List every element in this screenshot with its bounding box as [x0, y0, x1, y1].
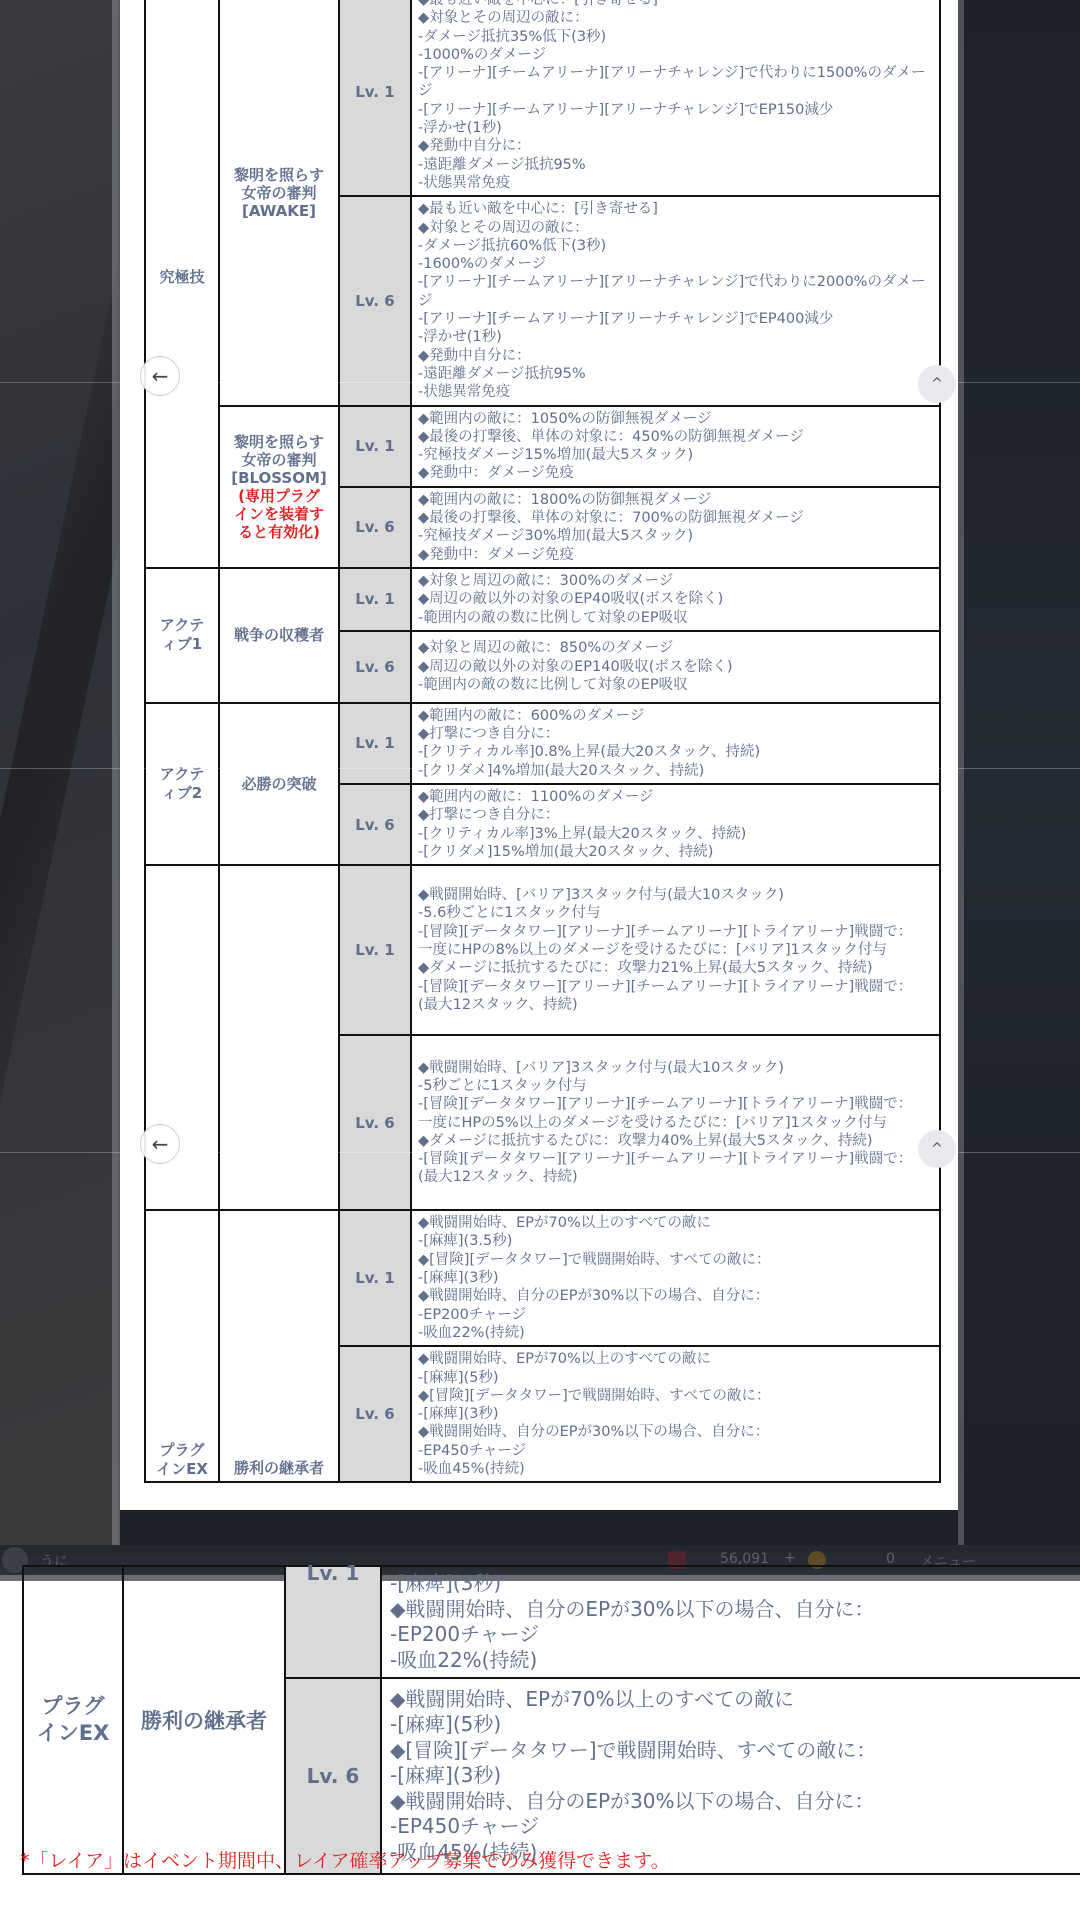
- skill-name-cell: 戦争の収穫者: [219, 568, 339, 703]
- zoomed-table-view: プラグインEX 勝利の継承者 Lv. 1 -[麻痺](3秒)◆戦闘開始時、自分の…: [0, 1581, 1080, 1920]
- skill-description: ◆範囲内の敵に：1800%の防御無視ダメージ◆最後の打撃後、単体の対象に：700…: [411, 487, 940, 568]
- level-cell: Lv. 6: [339, 784, 411, 865]
- description-line: -[冒険][データタワー][アリーナ][チームアリーナ][トライアリーナ]戦闘で…: [418, 978, 933, 996]
- skill-description: ◆戦闘開始時、EPが70%以上のすべての敵に-[麻痺](5秒)◆[冒険][データ…: [381, 1678, 1080, 1874]
- skill-description: ◆対象と周辺の敵に：300%のダメージ◆周辺の敵以外の対象のEP40吸収(ボスを…: [411, 568, 940, 631]
- description-line: ◆対象と周辺の敵に：300%のダメージ: [418, 572, 933, 590]
- scroll-top-button[interactable]: ^: [918, 365, 956, 403]
- description-line: ◆ダメージに抵抗するたびに：攻撃力40%上昇(最大5スタック、持続): [418, 1132, 933, 1150]
- description-line: (最大12スタック、持続): [418, 996, 933, 1014]
- skill-name-cell: 必勝の突破: [219, 703, 339, 865]
- description-line: -遠距離ダメージ抵抗95%: [418, 365, 933, 383]
- description-line: -[アリーナ][チームアリーナ][アリーナチャレンジ]で代わりに1500%のダメ…: [418, 64, 933, 101]
- description-line: ◆ダメージに抵抗するたびに：攻撃力21%上昇(最大5スタック、持続): [418, 959, 933, 977]
- description-line: -[クリティカル率]3%上昇(最大20スタック、持続): [418, 825, 933, 843]
- skill-detail-panel[interactable]: 究極技黎明を照らす女帝の審判[AWAKE]Lv. 1◆最も近い敵を中心に：[引き…: [120, 0, 958, 1510]
- description-line: -1600%のダメージ: [418, 255, 933, 273]
- description-line: ◆打撃につき自分に：: [418, 806, 933, 824]
- description-line: -EP450チャージ: [418, 1442, 933, 1460]
- background-divider: [112, 0, 120, 1545]
- description-line: ◆対象とその周辺の敵に：: [418, 9, 933, 27]
- description-line: -ダメージ抵抗35%低下(3秒): [418, 28, 933, 46]
- back-button[interactable]: ←: [140, 356, 180, 396]
- description-line: -[アリーナ][チームアリーナ][アリーナチャレンジ]で代わりに2000%のダメ…: [418, 273, 933, 310]
- skill-type-cell: プラグインEX: [145, 1210, 219, 1482]
- description-line: -遠距離ダメージ抵抗95%: [418, 156, 933, 174]
- chevron-up-icon: ^: [931, 1141, 943, 1157]
- description-line: ◆周辺の敵以外の対象のEP140吸収(ボスを除く): [418, 658, 933, 676]
- description-line: -[麻痺](3.5秒): [418, 1232, 933, 1250]
- table-row: プラグインEX勝利の継承者Lv. 1◆戦闘開始時、EPが70%以上のすべての敵に…: [145, 1210, 940, 1346]
- description-line: ◆戦闘開始時、自分のEPが30%以下の場合、自分に：: [418, 1423, 933, 1441]
- skill-name-cell: [219, 865, 339, 1210]
- description-line: ◆最も近い敵を中心に：[引き寄せる]: [418, 200, 933, 218]
- skill-description: ◆戦闘開始時、EPが70%以上のすべての敵に-[麻痺](5秒)◆[冒険][データ…: [411, 1346, 940, 1482]
- description-line: -[麻痺](3秒): [390, 1571, 1072, 1597]
- level-cell: Lv. 1: [339, 0, 411, 196]
- description-line: -1000%のダメージ: [418, 46, 933, 64]
- description-line: -EP200チャージ: [418, 1306, 933, 1324]
- skill-description: ◆戦闘開始時、[バリア]3スタック付与(最大10スタック)-5.6秒ごとに1スタ…: [411, 865, 940, 1035]
- description-line: ◆範囲内の敵に：1050%の防御無視ダメージ: [418, 410, 933, 428]
- skill-description: ◆範囲内の敵に：600%のダメージ◆打撃につき自分に：-[クリティカル率]0.8…: [411, 703, 940, 784]
- skill-type-cell: アクティブ1: [145, 568, 219, 703]
- description-line: ◆最も近い敵を中心に：[引き寄せる]: [418, 0, 933, 9]
- level-cell: Lv. 6: [339, 631, 411, 703]
- description-line: ◆発動中自分に：: [418, 137, 933, 155]
- description-line: (最大12スタック、持続): [418, 1168, 933, 1186]
- description-line: -[麻痺](5秒): [390, 1712, 1072, 1738]
- add-gem-button[interactable]: +: [784, 1550, 796, 1566]
- description-line: ◆範囲内の敵に：1100%のダメージ: [418, 788, 933, 806]
- description-line: ◆戦闘開始時、自分のEPが30%以下の場合、自分に：: [390, 1789, 1072, 1815]
- screenshot-seam: [0, 768, 1080, 769]
- description-line: ◆発動中自分に：: [418, 347, 933, 365]
- level-cell: Lv. 6: [339, 1035, 411, 1210]
- description-line: -範囲内の敵の数に比例して対象のEP吸収: [418, 676, 933, 694]
- skill-description: -[麻痺](3秒)◆戦闘開始時、自分のEPが30%以下の場合、自分に：-EP20…: [381, 1566, 1080, 1678]
- description-line: ◆戦闘開始時、自分のEPが30%以下の場合、自分に：: [390, 1597, 1072, 1623]
- description-line: -吸血45%(持続): [418, 1460, 933, 1478]
- description-line: ◆[冒険][データタワー]で戦闘開始時、すべての敵に：: [390, 1738, 1072, 1764]
- description-line: -浮かせ(1秒): [418, 328, 933, 346]
- skill-name: 勝利の継承者: [141, 1709, 267, 1733]
- description-line: 一度にHPの5%以上のダメージを受けるたびに：[バリア]1スタック付与: [418, 1114, 933, 1132]
- skill-table: 究極技黎明を照らす女帝の審判[AWAKE]Lv. 1◆最も近い敵を中心に：[引き…: [144, 0, 941, 1483]
- level-cell: Lv. 6: [339, 487, 411, 568]
- skill-type-cell: プラグインEX: [23, 1566, 123, 1874]
- description-line: ◆戦闘開始時、自分のEPが30%以下の場合、自分に：: [418, 1287, 933, 1305]
- level-cell: Lv. 6: [339, 1346, 411, 1482]
- description-line: -究極技ダメージ15%増加(最大5スタック): [418, 446, 933, 464]
- description-line: -[麻痺](5秒): [418, 1369, 933, 1387]
- description-line: ◆戦闘開始時、[バリア]3スタック付与(最大10スタック): [418, 1059, 933, 1077]
- description-line: ◆最後の打撃後、単体の対象に：700%の防御無視ダメージ: [418, 509, 933, 527]
- skill-description: ◆対象と周辺の敵に：850%のダメージ◆周辺の敵以外の対象のEP140吸収(ボス…: [411, 631, 940, 703]
- description-line: -究極技ダメージ30%増加(最大5スタック): [418, 527, 933, 545]
- description-line: ◆最後の打撃後、単体の対象に：450%の防御無視ダメージ: [418, 428, 933, 446]
- plugin-ex-table: プラグインEX 勝利の継承者 Lv. 1 -[麻痺](3秒)◆戦闘開始時、自分の…: [22, 1565, 1080, 1875]
- skill-description: ◆戦闘開始時、EPが70%以上のすべての敵に-[麻痺](3.5秒)◆[冒険][デ…: [411, 1210, 940, 1346]
- skill-type-cell: 究極技: [145, 0, 219, 568]
- description-line: ◆対象とその周辺の敵に：: [418, 219, 933, 237]
- skill-name-cell: 黎明を照らす女帝の審判[AWAKE]: [219, 0, 339, 406]
- description-line: ◆範囲内の敵に：600%のダメージ: [418, 707, 933, 725]
- chevron-up-icon: ^: [931, 376, 943, 392]
- description-line: ◆[冒険][データタワー]で戦闘開始時、すべての敵に：: [418, 1387, 933, 1405]
- level-cell: Lv. 6: [285, 1678, 381, 1874]
- back-arrow-icon: ←: [152, 1132, 169, 1156]
- description-line: ◆[冒険][データタワー]で戦闘開始時、すべての敵に：: [418, 1251, 933, 1269]
- table-row: 黎明を照らす女帝の審判[BLOSSOM](専用プラグインを装着すると有効化)Lv…: [145, 406, 940, 487]
- description-line: ◆範囲内の敵に：1800%の防御無視ダメージ: [418, 491, 933, 509]
- description-line: -[冒険][データタワー][アリーナ][チームアリーナ][トライアリーナ]戦闘で…: [418, 1095, 933, 1113]
- description-line: -[冒険][データタワー][アリーナ][チームアリーナ][トライアリーナ]戦闘で…: [418, 923, 933, 941]
- description-line: -[アリーナ][チームアリーナ][アリーナチャレンジ]でEP150減少: [418, 101, 933, 119]
- skill-type-cell: アクティブ2: [145, 703, 219, 865]
- description-line: -吸血22%(持続): [390, 1648, 1072, 1674]
- scroll-top-button[interactable]: ^: [918, 1130, 956, 1168]
- description-line: -EP450チャージ: [390, 1814, 1072, 1840]
- skill-name-cell: 勝利の継承者: [219, 1210, 339, 1482]
- description-line: -5.6秒ごとに1スタック付与: [418, 904, 933, 922]
- description-line: ◆打撃につき自分に：: [418, 725, 933, 743]
- description-line: -EP200チャージ: [390, 1622, 1072, 1648]
- level-cell: Lv. 1: [339, 865, 411, 1035]
- level-cell: Lv. 1: [339, 703, 411, 784]
- skill-name-cell: 黎明を照らす女帝の審判[BLOSSOM](専用プラグインを装着すると有効化): [219, 406, 339, 568]
- description-line: -[クリダメ]15%増加(最大20スタック、持続): [418, 843, 933, 861]
- level-cell: Lv. 1: [339, 406, 411, 487]
- level-label: Lv. 6: [307, 1764, 360, 1788]
- description-line: ◆発動中：ダメージ免疫: [418, 546, 933, 564]
- description-line: ◆戦闘開始時、[バリア]3スタック付与(最大10スタック): [418, 886, 933, 904]
- background-game-left: [0, 0, 118, 1545]
- description-line: -[クリダメ]4%増加(最大20スタック、持続): [418, 762, 933, 780]
- level-cell: Lv. 6: [339, 196, 411, 405]
- description-line: -吸血22%(持続): [418, 1324, 933, 1342]
- description-line: 一度にHPの8%以上のダメージを受けるたびに：[バリア]1スタック付与: [418, 941, 933, 959]
- skill-description: ◆最も近い敵を中心に：[引き寄せる]◆対象とその周辺の敵に：-ダメージ抵抗35%…: [411, 0, 940, 196]
- table-row: アクティブ1戦争の収穫者Lv. 1◆対象と周辺の敵に：300%のダメージ◆周辺の…: [145, 568, 940, 631]
- background-game-right: [958, 0, 1080, 1545]
- footnote: *「レイア」はイベント期間中、レイア確率アップ募集でのみ獲得できます。: [20, 1846, 670, 1873]
- back-arrow-icon: ←: [152, 364, 169, 388]
- description-line: -[麻痺](3秒): [418, 1405, 933, 1423]
- skill-type-label: プラグインEX: [37, 1694, 110, 1745]
- table-row: 究極技黎明を照らす女帝の審判[AWAKE]Lv. 1◆最も近い敵を中心に：[引き…: [145, 0, 940, 196]
- table-row: アクティブ2必勝の突破Lv. 1◆範囲内の敵に：600%のダメージ◆打撃につき自…: [145, 703, 940, 784]
- table-row: Lv. 1◆戦闘開始時、[バリア]3スタック付与(最大10スタック)-5.6秒ご…: [145, 865, 940, 1035]
- back-button[interactable]: ←: [140, 1124, 180, 1164]
- description-line: -浮かせ(1秒): [418, 119, 933, 137]
- description-line: -状態異常免疫: [418, 383, 933, 401]
- description-line: -[アリーナ][チームアリーナ][アリーナチャレンジ]でEP400減少: [418, 310, 933, 328]
- description-line: ◆発動中：ダメージ免疫: [418, 464, 933, 482]
- level-cell: Lv. 1: [339, 568, 411, 631]
- description-line: ◆戦闘開始時、EPが70%以上のすべての敵に: [418, 1214, 933, 1232]
- skill-description: ◆範囲内の敵に：1100%のダメージ◆打撃につき自分に：-[クリティカル率]3%…: [411, 784, 940, 865]
- level-cell: Lv. 1: [285, 1566, 381, 1678]
- plugin-requirement-note: (専用プラグインを装着すると有効化): [234, 487, 324, 541]
- description-line: -範囲内の敵の数に比例して対象のEP吸収: [418, 609, 933, 627]
- description-line: ◆戦闘開始時、EPが70%以上のすべての敵に: [390, 1687, 1072, 1713]
- skill-name-cell: 勝利の継承者: [123, 1566, 285, 1874]
- description-line: ◆対象と周辺の敵に：850%のダメージ: [418, 639, 933, 657]
- skill-description: ◆最も近い敵を中心に：[引き寄せる]◆対象とその周辺の敵に：-ダメージ抵抗60%…: [411, 196, 940, 405]
- description-line: -ダメージ抵抗60%低下(3秒): [418, 237, 933, 255]
- description-line: -状態異常免疫: [418, 174, 933, 192]
- description-line: ◆戦闘開始時、EPが70%以上のすべての敵に: [418, 1350, 933, 1368]
- level-cell: Lv. 1: [339, 1210, 411, 1346]
- description-line: -5秒ごとに1スタック付与: [418, 1077, 933, 1095]
- background-divider: [958, 0, 964, 1545]
- description-line: -[麻痺](3秒): [390, 1763, 1072, 1789]
- description-line: -[クリティカル率]0.8%上昇(最大20スタック、持続): [418, 743, 933, 761]
- description-line: -[麻痺](3秒): [418, 1269, 933, 1287]
- skill-description: ◆戦闘開始時、[バリア]3スタック付与(最大10スタック)-5秒ごとに1スタック…: [411, 1035, 940, 1210]
- level-label: Lv. 1: [307, 1561, 360, 1585]
- description-line: ◆周辺の敵以外の対象のEP40吸収(ボスを除く): [418, 590, 933, 608]
- skill-description: ◆範囲内の敵に：1050%の防御無視ダメージ◆最後の打撃後、単体の対象に：450…: [411, 406, 940, 487]
